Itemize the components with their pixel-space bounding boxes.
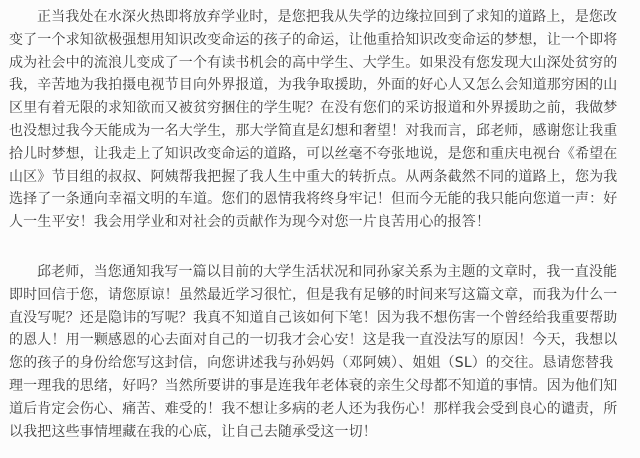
letter-paragraph-1: 正当我处在水深火热即将放弃学业时，是您把我从失学的边缘拉回到了求知的道路上，是您… xyxy=(9,6,622,234)
letter-document: 正当我处在水深火热即将放弃学业时，是您把我从失学的边缘拉回到了求知的道路上，是您… xyxy=(0,0,640,458)
letter-paragraph-2: 邱老师，当您通知我写一篇以目前的大学生活状况和同孙家关系为主题的文章时，我一直没… xyxy=(9,261,622,443)
